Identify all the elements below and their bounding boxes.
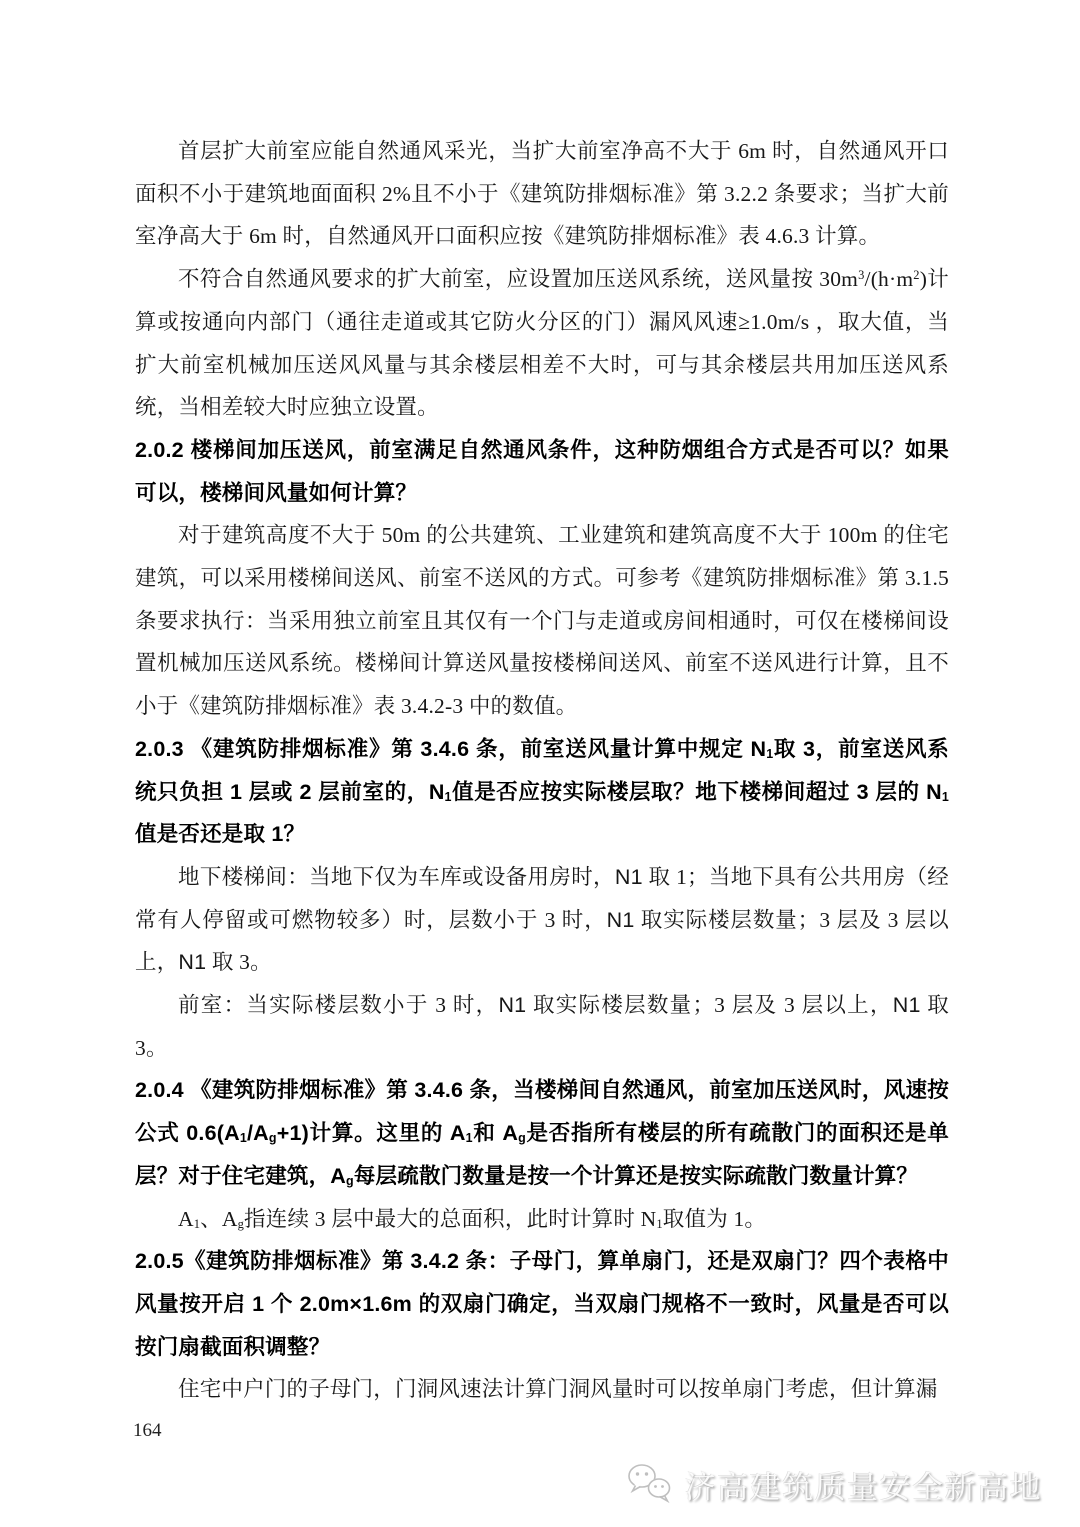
- wechat-icon: [627, 1461, 675, 1507]
- page-number: 164: [133, 1420, 162, 1442]
- watermark: 济高建筑质量安全新高地: [627, 1461, 1043, 1507]
- answer-paragraph: 首层扩大前室应能自然通风采光，当扩大前室净高不大于 6m 时，自然通风开口面积不…: [135, 130, 949, 258]
- document-body: 首层扩大前室应能自然通风采光，当扩大前室净高不大于 6m 时，自然通风开口面积不…: [135, 130, 949, 1411]
- question-paragraph: 2.0.3 《建筑防排烟标准》第 3.4.6 条，前室送风量计算中规定 N1取 …: [135, 728, 949, 856]
- question-paragraph: 2.0.5《建筑防排烟标准》第 3.4.2 条：子母门，算单扇门，还是双扇门？四…: [135, 1240, 949, 1368]
- answer-paragraph: 前室：当实际楼层数小于 3 时，N1 取实际楼层数量；3 层及 3 层以上，N1…: [135, 984, 949, 1069]
- watermark-text: 济高建筑质量安全新高地: [685, 1462, 1043, 1507]
- document-page: 首层扩大前室应能自然通风采光，当扩大前室净高不大于 6m 时，自然通风开口面积不…: [0, 0, 1080, 1527]
- answer-paragraph: A1、Ag指连续 3 层中最大的总面积，此时计算时 N1取值为 1。: [135, 1198, 949, 1241]
- question-paragraph: 2.0.4 《建筑防排烟标准》第 3.4.6 条，当楼梯间自然通风，前室加压送风…: [135, 1069, 949, 1197]
- answer-paragraph: 住宅中户门的子母门，门洞风速法计算门洞风量时可以按单扇门考虑，但计算漏: [135, 1368, 949, 1411]
- answer-paragraph: 地下楼梯间：当地下仅为车库或设备用房时，N1 取 1；当地下具有公共用房（经常有…: [135, 856, 949, 984]
- question-paragraph: 2.0.2 楼梯间加压送风，前室满足自然通风条件，这种防烟组合方式是否可以？如果…: [135, 429, 949, 514]
- answer-paragraph: 对于建筑高度不大于 50m 的公共建筑、工业建筑和建筑高度不大于 100m 的住…: [135, 514, 949, 728]
- answer-paragraph: 不符合自然通风要求的扩大前室，应设置加压送风系统，送风量按 30m3/(h·m2…: [135, 258, 949, 429]
